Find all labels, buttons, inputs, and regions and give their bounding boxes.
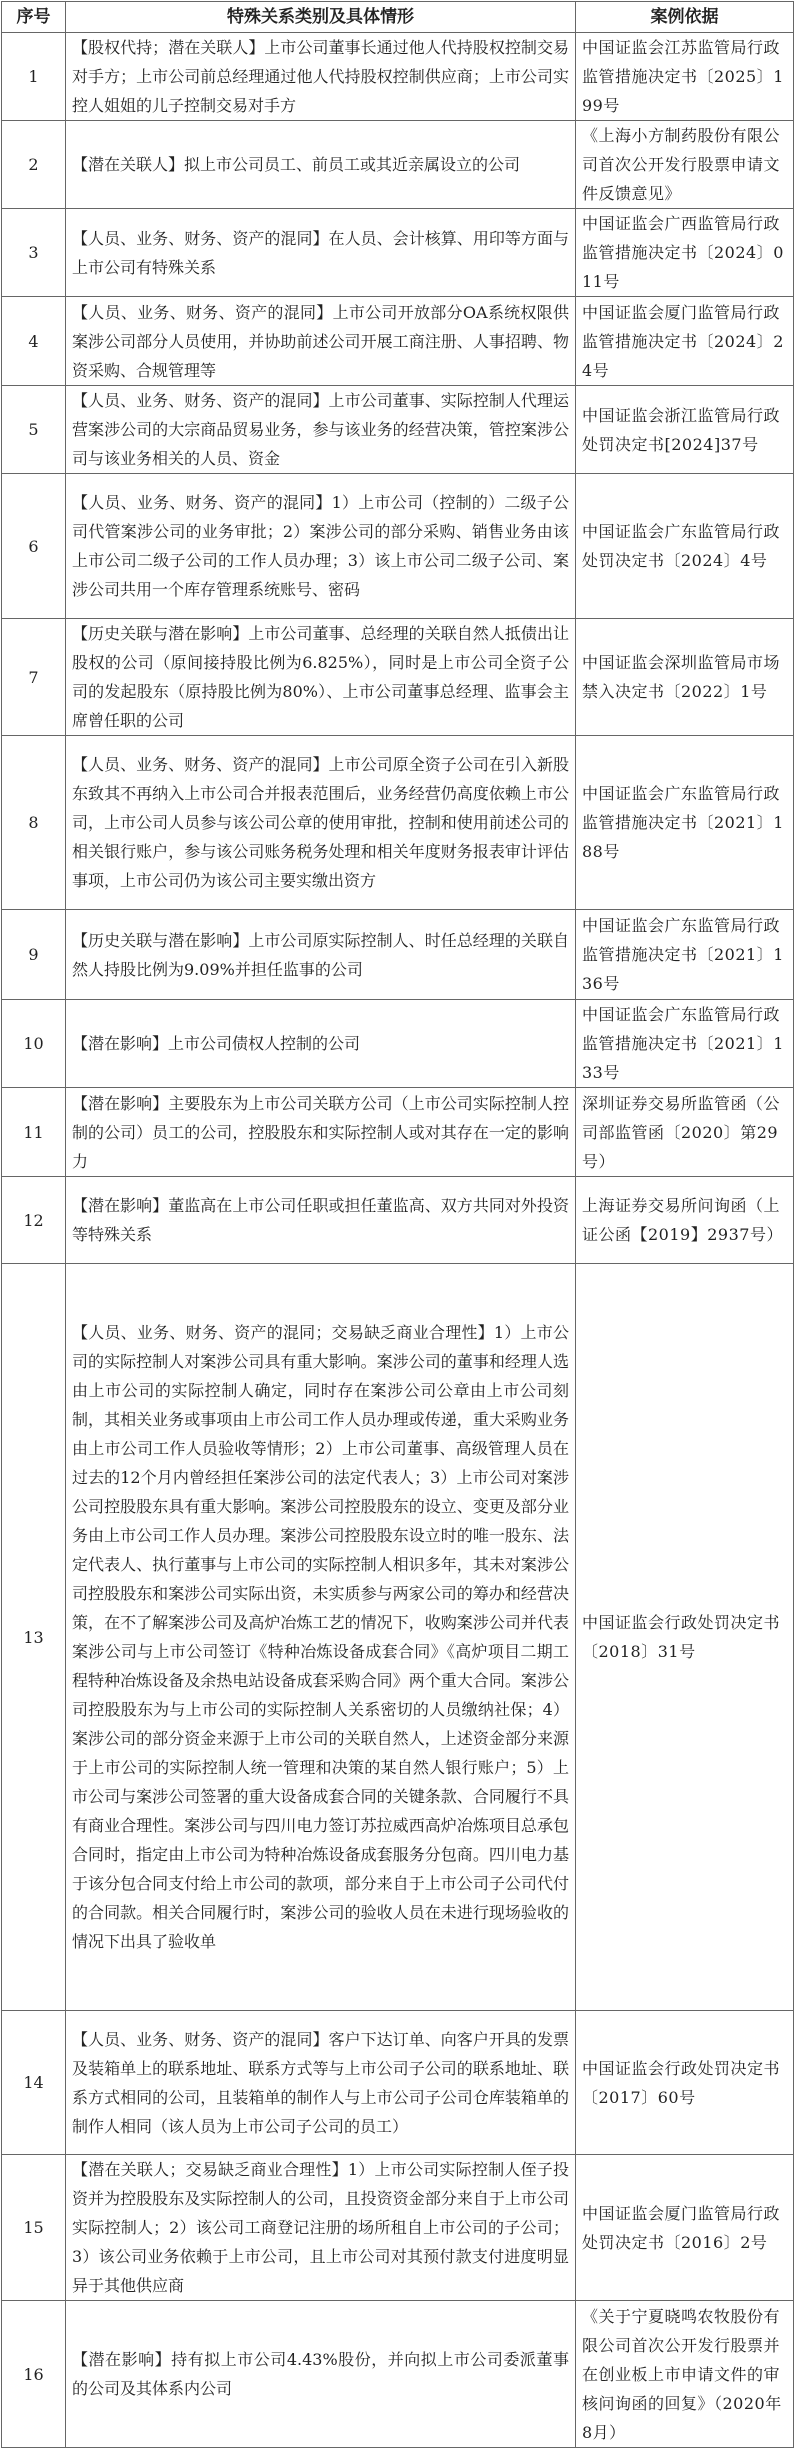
row-description: 【人员、业务、财务、资产的混同】上市公司董事、实际控制人代理运营案涉公司的大宗商… [66,386,576,474]
row-index: 5 [2,386,66,474]
row-description: 【人员、业务、财务、资产的混同】上市公司开放部分OA系统权限供案涉公司部分人员使… [66,297,576,386]
row-description: 【历史关联与潜在影响】上市公司原实际控制人、时任总经理的关联自然人持股比例为9.… [66,910,576,1000]
relationship-tag: 【潜在关联人】 [72,155,184,174]
row-index: 10 [2,1000,66,1088]
relationship-tag: 【潜在关联人；交易缺乏商业合理性】 [72,2160,348,2179]
row-index: 16 [2,2301,66,2438]
relationship-tag: 【人员、业务、财务、资产的混同】 [72,755,329,774]
row-index: 11 [2,1088,66,1177]
row-case-basis: 《上海小方制药股份有限公司首次公开发行股票申请文件反馈意见》 [576,121,794,209]
relationship-tag: 【潜在影响】 [72,1196,168,1215]
relationship-tag: 【潜在影响】 [72,2350,171,2369]
row-description: 【股权代持；潜在关联人】上市公司董事长通过他人代持股权控制交易对手方；上市公司前… [66,33,576,121]
relationship-detail: 1）上市公司的实际控制人对案涉公司具有重大影响。案涉公司的董事和经理人选由上市公… [72,1323,569,1951]
row-index: 4 [2,297,66,386]
row-index: 8 [2,736,66,910]
row-description: 【人员、业务、财务、资产的混同】客户下达订单、向客户开具的发票及装箱单上的联系地… [66,2011,576,2155]
row-description: 【潜在关联人；交易缺乏商业合理性】1）上市公司实际控制人侄子投资并为控股股东及实… [66,2155,576,2301]
header-index: 序号 [2,2,66,33]
row-case-basis: 中国证监会广东监管局行政监管措施决定书〔2021〕133号 [576,1000,794,1088]
table-row: 1 【股权代持；潜在关联人】上市公司董事长通过他人代持股权控制交易对手方；上市公… [2,33,794,121]
table-row: 3 【人员、业务、财务、资产的混同】在人员、会计核算、用印等方面与上市公司有特殊… [2,209,794,297]
table-row: 11 【潜在影响】主要股东为上市公司关联方公司（上市公司实际控制人控制的公司）员… [2,1088,794,1177]
table-row: 2 【潜在关联人】拟上市公司员工、前员工或其近亲属设立的公司 《上海小方制药股份… [2,121,794,209]
row-case-basis: 深圳证券交易所监管函（公司部监管函〔2020〕第29号） [576,1088,794,1177]
table-body: 1 【股权代持；潜在关联人】上市公司董事长通过他人代持股权控制交易对手方；上市公… [2,33,794,2438]
table-row: 4 【人员、业务、财务、资产的混同】上市公司开放部分OA系统权限供案涉公司部分人… [2,297,794,386]
table-row: 6 【人员、业务、财务、资产的混同】1）上市公司（控制的）二级子公司代管案涉公司… [2,474,794,619]
relationship-tag: 【人员、业务、财务、资产的混同】 [72,493,332,512]
row-case-basis: 中国证监会广东监管局行政监管措施决定书〔2021〕136号 [576,910,794,1000]
relationship-tag: 【人员、业务、财务、资产的混同】 [72,2030,329,2049]
table-row: 10 【潜在影响】上市公司债权人控制的公司 中国证监会广东监管局行政监管措施决定… [2,1000,794,1088]
row-case-basis: 中国证监会行政处罚决定书〔2017〕60号 [576,2011,794,2155]
relationship-tag: 【人员、业务、财务、资产的混同】 [72,303,333,322]
row-description: 【历史关联与潜在影响】上市公司董事、总经理的关联自然人抵债出让股权的公司（原间接… [66,619,576,736]
row-index: 15 [2,2155,66,2301]
row-description: 【潜在影响】持有拟上市公司4.43%股份，并向拟上市公司委派董事的公司及其体系内… [66,2301,576,2438]
row-description: 【潜在影响】上市公司债权人控制的公司 [66,1000,576,1088]
row-description: 【人员、业务、财务、资产的混同】1）上市公司（控制的）二级子公司代管案涉公司的业… [66,474,576,619]
table-row: 5 【人员、业务、财务、资产的混同】上市公司董事、实际控制人代理运营案涉公司的大… [2,386,794,474]
relationship-tag: 【潜在影响】 [72,1034,168,1053]
relationship-detail: 拟上市公司员工、前员工或其近亲属设立的公司 [184,155,520,174]
table-row: 14 【人员、业务、财务、资产的混同】客户下达订单、向客户开具的发票及装箱单上的… [2,2011,794,2155]
row-case-basis: 中国证监会广东监管局行政监管措施决定书〔2021〕188号 [576,736,794,910]
relationship-tag: 【人员、业务、财务、资产的混同】 [72,391,329,410]
row-index: 12 [2,1177,66,1264]
relationship-detail: 上市公司原全资子公司在引入新股东致其不再纳入上市公司合并报表范围后，业务经营仍高… [72,755,569,890]
row-case-basis: 中国证监会江苏监管局行政监管措施决定书〔2025〕199号 [576,33,794,121]
row-case-basis: 中国证监会广西监管局行政监管措施决定书〔2024〕011号 [576,209,794,297]
table-row: 16 【潜在影响】持有拟上市公司4.43%股份，并向拟上市公司委派董事的公司及其… [2,2301,794,2438]
relationship-tag: 【股权代持；潜在关联人】 [72,38,264,57]
row-description: 【潜在影响】主要股东为上市公司关联方公司（上市公司实际控制人控制的公司）员工的公… [66,1088,576,1177]
row-case-basis: 中国证监会广东监管局行政处罚决定书〔2024〕4号 [576,474,794,619]
row-description: 【人员、业务、财务、资产的混同；交易缺乏商业合理性】1）上市公司的实际控制人对案… [66,1264,576,2011]
relationship-tag: 【历史关联与潜在影响】 [72,931,248,950]
table-row: 9 【历史关联与潜在影响】上市公司原实际控制人、时任总经理的关联自然人持股比例为… [2,910,794,1000]
row-description: 【潜在影响】董监高在上市公司任职或担任董监高、双方共同对外投资等特殊关系 [66,1177,576,1264]
relationship-tag: 【历史关联与潜在影响】 [72,624,248,643]
table-header-row: 序号 特殊关系类别及具体情形 案例依据 [2,2,794,33]
row-case-basis: 中国证监会深圳监管局市场禁入决定书〔2022〕1号 [576,619,794,736]
row-index: 1 [2,33,66,121]
row-description: 【人员、业务、财务、资产的混同】上市公司原全资子公司在引入新股东致其不再纳入上市… [66,736,576,910]
row-case-basis: 《关于宁夏晓鸣农牧股份有限公司首次公开发行股票并在创业板上市申请文件的审核问询函… [576,2301,794,2438]
table-row: 12 【潜在影响】董监高在上市公司任职或担任董监高、双方共同对外投资等特殊关系 … [2,1177,794,1264]
relationship-detail: 1）上市公司实际控制人侄子投资并为控股股东及实际控制人的公司，且投资资金部分来自… [72,2160,569,2295]
row-case-basis: 中国证监会浙江监管局行政处罚决定书[2024]37号 [576,386,794,474]
row-index: 9 [2,910,66,1000]
row-index: 7 [2,619,66,736]
table-row: 15 【潜在关联人；交易缺乏商业合理性】1）上市公司实际控制人侄子投资并为控股股… [2,2155,794,2301]
row-description: 【人员、业务、财务、资产的混同】在人员、会计核算、用印等方面与上市公司有特殊关系 [66,209,576,297]
header-relationship-description: 特殊关系类别及具体情形 [66,2,576,33]
row-index: 6 [2,474,66,619]
relationship-detail: 上市公司债权人控制的公司 [168,1034,360,1053]
row-case-basis: 中国证监会厦门监管局行政监管措施决定书〔2024〕24号 [576,297,794,386]
relationship-tag: 【人员、业务、财务、资产的混同；交易缺乏商业合理性】 [72,1323,494,1342]
row-index: 3 [2,209,66,297]
table-row: 8 【人员、业务、财务、资产的混同】上市公司原全资子公司在引入新股东致其不再纳入… [2,736,794,910]
table-row: 13 【人员、业务、财务、资产的混同；交易缺乏商业合理性】1）上市公司的实际控制… [2,1264,794,2011]
relationship-tag: 【人员、业务、财务、资产的混同】 [72,229,329,248]
row-index: 14 [2,2011,66,2155]
special-relationship-cases-table: 序号 特殊关系类别及具体情形 案例依据 1 【股权代持；潜在关联人】上市公司董事… [1,1,794,2437]
row-description: 【潜在关联人】拟上市公司员工、前员工或其近亲属设立的公司 [66,121,576,209]
table-row: 7 【历史关联与潜在影响】上市公司董事、总经理的关联自然人抵债出让股权的公司（原… [2,619,794,736]
row-case-basis: 中国证监会厦门监管局行政处罚决定书〔2016〕2号 [576,2155,794,2301]
row-case-basis: 中国证监会行政处罚决定书〔2018〕31号 [576,1264,794,2011]
relationship-tag: 【潜在影响】 [72,1094,168,1113]
row-index: 13 [2,1264,66,2011]
row-index: 2 [2,121,66,209]
row-case-basis: 上海证券交易所问询函（上证公函【2019】2937号） [576,1177,794,1264]
header-case-basis: 案例依据 [576,2,794,33]
